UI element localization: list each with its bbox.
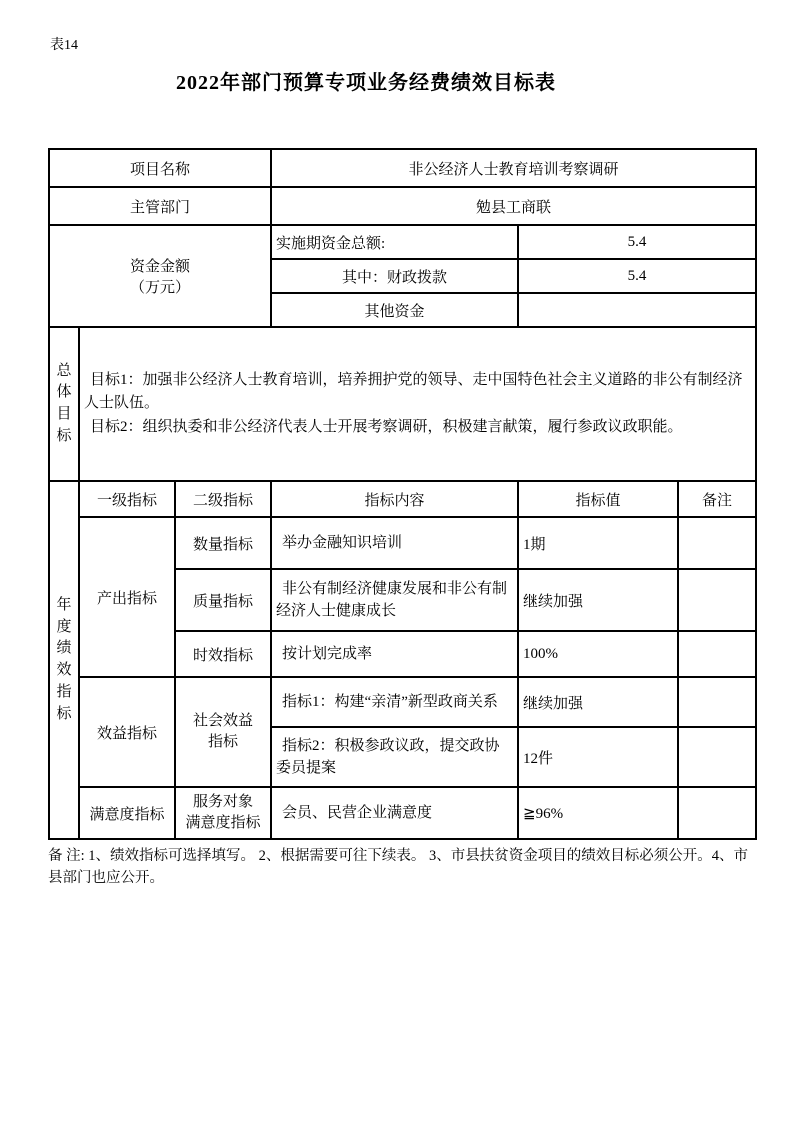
level1-satisfaction-indicator: 满意度指标	[79, 787, 175, 839]
note-cell	[678, 631, 756, 677]
col-header-level1: 一级指标	[79, 481, 175, 517]
col-header-value: 指标值	[518, 481, 678, 517]
overall-goal-label-cell: 总体目标	[49, 327, 79, 481]
indicator-value: 1期	[518, 517, 678, 569]
table-row: 产出指标 数量指标 举办金融知识培训 1期	[49, 517, 756, 569]
funds-other-label: 其他资金	[271, 293, 518, 327]
table-row: 效益指标 社会效益 指标 指标1：构建“亲清”新型政商关系 继续加强	[49, 677, 756, 727]
funds-amount-label: 资金金额 （万元）	[49, 225, 271, 327]
table-row: 主管部门 勉县工商联	[49, 187, 756, 225]
annual-indicators-label: 年度绩效指标	[57, 595, 72, 726]
social-benefit-line1: 社会效益	[180, 711, 266, 732]
overall-goal-label: 总体目标	[57, 361, 72, 448]
indicator-content: 举办金融知识培训	[271, 517, 518, 569]
funds-label-line2: （万元）	[54, 276, 266, 297]
funds-label-line1: 资金金额	[54, 255, 266, 276]
funds-total-label: 实施期资金总额:	[271, 225, 518, 259]
project-name-value: 非公经济人士教育培训考察调研	[271, 149, 756, 187]
table-row: 资金金额 （万元） 实施期资金总额: 5.4	[49, 225, 756, 259]
table-row: 年度绩效指标 一级指标 二级指标 指标内容 指标值 备注	[49, 481, 756, 517]
note-cell	[678, 677, 756, 727]
indicator-content: 指标1：构建“亲清”新型政商关系	[271, 677, 518, 727]
table-row: 满意度指标 服务对象 满意度指标 会员、民营企业满意度 ≧96%	[49, 787, 756, 839]
table-number-tag: 表14	[50, 34, 78, 54]
note-cell	[678, 727, 756, 787]
level1-output-indicator: 产出指标	[79, 517, 175, 677]
page-title: 2022年部门预算专项业务经费绩效目标表	[0, 66, 732, 95]
social-benefit-line2: 指标	[180, 732, 266, 753]
indicator-value: 100%	[518, 631, 678, 677]
overall-goal-content: 目标1：加强非公经济人士教育培训，培养拥护党的领导、走中国特色社会主义道路的非公…	[79, 327, 756, 481]
indicator-value: 继续加强	[518, 569, 678, 631]
note-cell	[678, 569, 756, 631]
col-header-content: 指标内容	[271, 481, 518, 517]
note-cell	[678, 787, 756, 839]
department-value: 勉县工商联	[271, 187, 756, 225]
level2-timeliness-indicator: 时效指标	[175, 631, 271, 677]
table-row: 项目名称 非公经济人士教育培训考察调研	[49, 149, 756, 187]
funds-fiscal-value: 5.4	[518, 259, 756, 293]
performance-target-table: 项目名称 非公经济人士教育培训考察调研 主管部门 勉县工商联 资金金额 （万元）…	[48, 148, 757, 840]
level1-benefit-indicator: 效益指标	[79, 677, 175, 787]
level2-social-benefit-indicator: 社会效益 指标	[175, 677, 271, 787]
document-page: 表14 2022年部门预算专项业务经费绩效目标表 项目名称 非公经济人士教育培训…	[0, 0, 793, 1122]
service-satisfaction-line1: 服务对象	[180, 792, 266, 813]
level2-quantity-indicator: 数量指标	[175, 517, 271, 569]
annual-indicators-label-cell: 年度绩效指标	[49, 481, 79, 839]
funds-fiscal-label: 其中：财政拨款	[271, 259, 518, 293]
footnote-text: 备 注: 1、绩效指标可选择填写。 2、根据需要可往下续表。 3、市县扶贫资金项…	[48, 846, 750, 890]
department-label: 主管部门	[49, 187, 271, 225]
indicator-value: ≧96%	[518, 787, 678, 839]
level2-service-satisfaction-indicator: 服务对象 满意度指标	[175, 787, 271, 839]
indicator-content: 会员、民营企业满意度	[271, 787, 518, 839]
project-name-label: 项目名称	[49, 149, 271, 187]
note-cell	[678, 517, 756, 569]
indicator-content: 指标2：积极参政议政，提交政协委员提案	[271, 727, 518, 787]
funds-total-value: 5.4	[518, 225, 756, 259]
service-satisfaction-line2: 满意度指标	[180, 813, 266, 834]
indicator-content: 非公有制经济健康发展和非公有制经济人士健康成长	[271, 569, 518, 631]
col-header-note: 备注	[678, 481, 756, 517]
table-row: 总体目标 目标1：加强非公经济人士教育培训，培养拥护党的领导、走中国特色社会主义…	[49, 327, 756, 481]
indicator-content: 按计划完成率	[271, 631, 518, 677]
goal-2-text: 目标2：组织执委和非公经济代表人士开展考察调研，积极建言献策，履行参政议政职能。	[84, 416, 751, 439]
funds-other-value	[518, 293, 756, 327]
goal-1-text: 目标1：加强非公经济人士教育培训，培养拥护党的领导、走中国特色社会主义道路的非公…	[84, 369, 751, 416]
indicator-value: 12件	[518, 727, 678, 787]
level2-quality-indicator: 质量指标	[175, 569, 271, 631]
col-header-level2: 二级指标	[175, 481, 271, 517]
indicator-value: 继续加强	[518, 677, 678, 727]
